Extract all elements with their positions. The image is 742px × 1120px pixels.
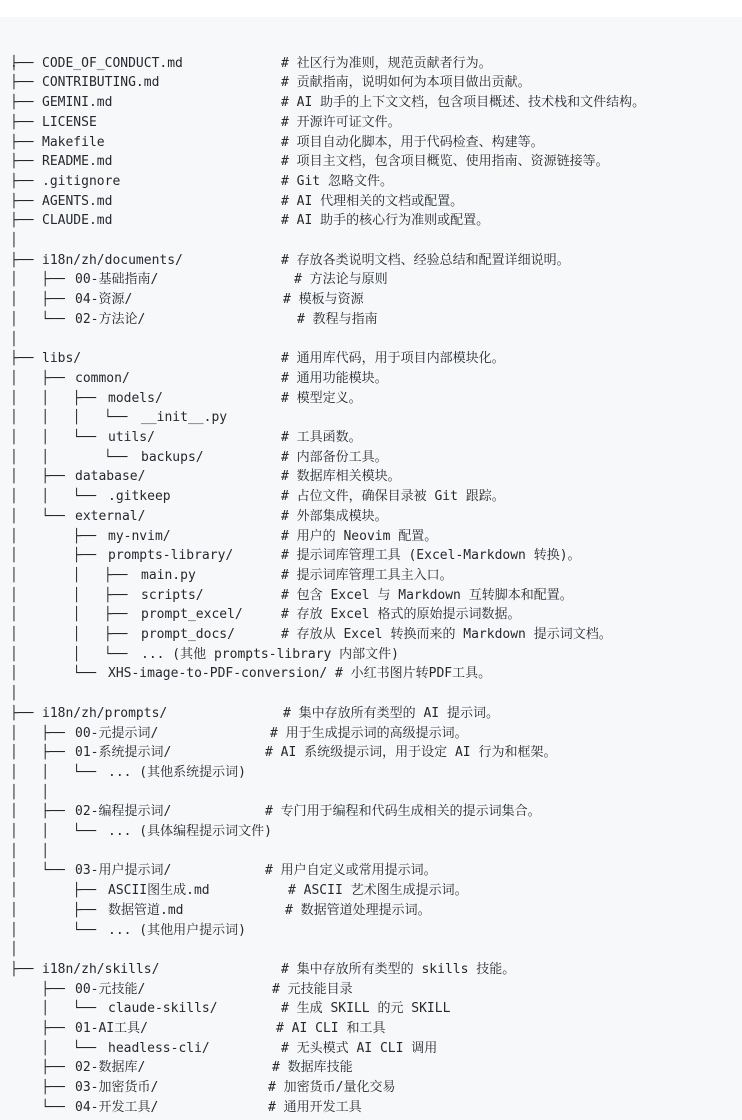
tree-branch-glyph: │ ├──: [10, 290, 65, 310]
tree-entry-name: libs/: [42, 349, 81, 369]
tree-entry-comment: # AI 助手的上下文文档，包含项目概述、技术栈和文件结构。: [281, 93, 645, 113]
tree-branch-glyph: │ │ └──: [10, 487, 96, 507]
tree-entry-comment: # AI 系统级提示词，用于设定 AI 行为和框架。: [265, 743, 556, 763]
tree-entry-comment: # 通用功能模块。: [281, 369, 388, 389]
tree-entry-name: CODE_OF_CONDUCT.md: [42, 54, 183, 74]
tree-entry-name: __init__.py: [141, 408, 227, 428]
tree-entry-name: 00-元提示词/: [75, 724, 158, 744]
tree-entry-name: Makefile: [42, 133, 105, 153]
tree-entry-comment: # 用户的 Neovim 配置。: [281, 527, 437, 547]
tree-entry-name: 00-元技能/: [75, 980, 145, 1000]
tree-entry-comment: # 加密货币/量化交易: [268, 1078, 395, 1098]
tree-entry-name: main.py: [141, 566, 196, 586]
tree-entry-name: my-nvim/: [108, 527, 171, 547]
tree-entry-name: README.md: [42, 152, 112, 172]
tree-entry-comment: # ASCII 艺术图生成提示词。: [288, 881, 468, 901]
tree-entry-comment: # 包含 Excel 与 Markdown 互转脚本和配置。: [281, 586, 573, 606]
tree-entry-name: 04-资源/: [75, 290, 132, 310]
tree-branch-glyph: ├──: [10, 251, 33, 271]
tree-branch-glyph: ├──: [10, 113, 33, 133]
tree-entry-comment: # 工具函数。: [281, 428, 362, 448]
tree-branch-glyph: ├──: [10, 349, 33, 369]
tree-entry-comment: # 数据库相关模块。: [281, 467, 401, 487]
tree-entry-comment: # 无头模式 AI CLI 调用: [281, 1039, 437, 1059]
tree-entry-comment: # 教程与指南: [297, 310, 378, 330]
tree-entry-comment: # 项目主文档，包含项目概览、使用指南、资源链接等。: [281, 152, 609, 172]
tree-entry-name: ASCII图生成.md: [108, 881, 210, 901]
tree-entry-name: i18n/zh/documents/: [42, 251, 183, 271]
tree-entry-name: backups/: [141, 448, 204, 468]
tree-branch-glyph: ├──: [10, 192, 33, 212]
file-tree-code-block: . ├──CODE_OF_CONDUCT.md# 社区行为准则，规范贡献者行为。…: [0, 17, 742, 1120]
tree-entry-name: i18n/zh/prompts/: [42, 704, 167, 724]
tree-branch-glyph: │: [10, 940, 18, 960]
tree-entry-name: 01-系统提示词/: [75, 743, 171, 763]
tree-entry-name: GEMINI.md: [42, 93, 112, 113]
tree-branch-glyph: ├──: [10, 1078, 65, 1098]
tree-entry-name: ... (其他用户提示词): [108, 921, 246, 941]
tree-branch-glyph: ├──: [10, 172, 33, 192]
tree-root: .: [0, 34, 31, 54]
tree-entry-name: 01-AI工具/: [75, 1019, 148, 1039]
tree-branch-glyph: │ └──: [10, 310, 65, 330]
tree-entry-comment: # 贡献指南，说明如何为本项目做出贡献。: [281, 73, 531, 93]
tree-entry-name: 04-开发工具/: [75, 1098, 158, 1118]
tree-entry-name: utils/: [108, 428, 155, 448]
tree-entry-name: .gitkeep: [108, 487, 171, 507]
tree-entry-comment: # 元技能目录: [272, 980, 353, 1000]
tree-branch-glyph: │ └──: [10, 921, 96, 941]
tree-entry-comment: # 提示词库管理工具 (Excel-Markdown 转换)。: [281, 546, 581, 566]
tree-branch-glyph: ├──: [10, 960, 33, 980]
tree-branch-glyph: ├──: [10, 980, 65, 1000]
tree-branch-glyph: │: [10, 684, 18, 704]
tree-branch-glyph: │ ├──: [10, 802, 65, 822]
tree-entry-name: claude-skills/: [108, 999, 218, 1019]
tree-branch-glyph: │ ├──: [10, 527, 96, 547]
tree-entry-name: scripts/: [141, 586, 204, 606]
tree-branch-glyph: │ ├──: [10, 743, 65, 763]
tree-entry-comment: # AI 代理相关的文档或配置。: [281, 192, 463, 212]
tree-branch-glyph: │ ├──: [10, 901, 96, 921]
tree-branch-glyph: │ └──: [10, 507, 65, 527]
tree-branch-glyph: │ │ └──: [10, 763, 96, 783]
tree-entry-name: 数据管道.md: [108, 901, 183, 921]
tree-branch-glyph: └──: [10, 1098, 65, 1118]
tree-entry-comment: # AI CLI 和工具: [276, 1019, 385, 1039]
tree-entry-comment: # 用户自定义或常用提示词。: [265, 861, 437, 881]
tree-branch-glyph: │ │ ├──: [10, 605, 127, 625]
tree-entry-name: XHS-image-to-PDF-conversion/ # 小红书图片转PDF…: [108, 664, 491, 684]
tree-entry-name: external/: [75, 507, 145, 527]
tree-branch-glyph: ├──: [10, 704, 33, 724]
tree-entry-comment: # 模型定义。: [281, 389, 362, 409]
tree-branch-glyph: │ │ ├──: [10, 566, 127, 586]
tree-entry-name: ... (具体编程提示词文件): [108, 822, 272, 842]
tree-branch-glyph: ├──: [10, 93, 33, 113]
tree-branch-glyph: │ │ └──: [10, 428, 96, 448]
tree-entry-comment: # 社区行为准则，规范贡献者行为。: [281, 54, 492, 74]
tree-branch-glyph: ├──: [10, 152, 33, 172]
tree-branch-glyph: ├──: [10, 73, 33, 93]
tree-entry-comment: # 项目自动化脚本，用于代码检查、构建等。: [281, 133, 544, 153]
tree-entry-name: headless-cli/: [108, 1039, 210, 1059]
tree-branch-glyph: │ └──: [10, 1039, 96, 1059]
tree-entry-comment: # 生成 SKILL 的元 SKILL: [281, 999, 450, 1019]
tree-entry-comment: # 占位文件，确保目录被 Git 跟踪。: [281, 487, 505, 507]
tree-branch-glyph: ├──: [10, 1019, 65, 1039]
tree-branch-glyph: │ │ │ └──: [10, 408, 127, 428]
tree-branch-glyph: │ │: [10, 783, 49, 803]
tree-branch-glyph: │ ├──: [10, 546, 96, 566]
tree-branch-glyph: │ │ └──: [10, 645, 127, 665]
tree-branch-glyph: │ │: [10, 842, 49, 862]
tree-entry-comment: # 专门用于编程和代码生成相关的提示词集合。: [265, 802, 541, 822]
tree-entry-name: CLAUDE.md: [42, 211, 112, 231]
tree-entry-name: ... (其他系统提示词): [108, 763, 246, 783]
tree-entry-name: 02-编程提示词/: [75, 802, 171, 822]
tree-branch-glyph: │ └──: [10, 999, 96, 1019]
tree-entry-name: 02-方法论/: [75, 310, 145, 330]
tree-entry-name: common/: [75, 369, 130, 389]
tree-branch-glyph: │ ├──: [10, 369, 65, 389]
tree-entry-name: LICENSE: [42, 113, 97, 133]
tree-branch-glyph: │ ├──: [10, 270, 65, 290]
tree-branch-glyph: │ │ └──: [10, 448, 127, 468]
tree-entry-name: 02-数据库/: [75, 1058, 145, 1078]
tree-entry-comment: # 集中存放所有类型的 skills 技能。: [281, 960, 515, 980]
tree-entry-comment: # 用于生成提示词的高级提示词。: [270, 724, 468, 744]
tree-entry-comment: # AI 助手的核心行为准则或配置。: [281, 211, 489, 231]
tree-branch-glyph: │ │ └──: [10, 822, 96, 842]
tree-entry-name: i18n/zh/skills/: [42, 960, 159, 980]
tree-branch-glyph: ├──: [10, 54, 33, 74]
tree-branch-glyph: │ │ ├──: [10, 389, 96, 409]
tree-entry-comment: # 模板与资源: [283, 290, 364, 310]
tree-entry-comment: # 通用开发工具: [268, 1098, 362, 1118]
tree-entry-comment: # 提示词库管理工具主入口。: [281, 566, 453, 586]
tree-branch-glyph: │: [10, 231, 18, 251]
tree-branch-glyph: ├──: [10, 211, 33, 231]
tree-entry-name: .gitignore: [42, 172, 120, 192]
tree-entry-name: 00-基础指南/: [75, 270, 158, 290]
tree-entry-comment: # 存放从 Excel 转换而来的 Markdown 提示词文档。: [281, 625, 612, 645]
tree-branch-glyph: │ ├──: [10, 724, 65, 744]
tree-entry-name: 03-加密货币/: [75, 1078, 158, 1098]
tree-branch-glyph: │ └──: [10, 861, 65, 881]
tree-branch-glyph: │ │ ├──: [10, 586, 127, 606]
tree-branch-glyph: │ ├──: [10, 467, 65, 487]
tree-entry-comment: # 内部备份工具。: [281, 448, 388, 468]
tree-entry-name: database/: [75, 467, 145, 487]
tree-branch-glyph: │: [10, 330, 18, 350]
tree-branch-glyph: ├──: [10, 133, 33, 153]
tree-branch-glyph: │ │ ├──: [10, 625, 127, 645]
tree-entry-comment: # 通用库代码，用于项目内部模块化。: [281, 349, 505, 369]
tree-branch-glyph: ├──: [10, 1058, 65, 1078]
tree-entry-name: prompts-library/: [108, 546, 233, 566]
tree-entry-name: ... (其他 prompts-library 内部文件): [141, 645, 399, 665]
tree-branch-glyph: │ ├──: [10, 881, 96, 901]
tree-entry-comment: # 集中存放所有类型的 AI 提示词。: [283, 704, 499, 724]
tree-entry-comment: # 数据库技能: [272, 1058, 353, 1078]
tree-entry-name: prompt_excel/: [141, 605, 243, 625]
tree-entry-name: AGENTS.md: [42, 192, 112, 212]
tree-entry-comment: # 数据管道处理提示词。: [285, 901, 431, 921]
tree-branch-glyph: │ └──: [10, 664, 96, 684]
tree-entry-name: 03-用户提示词/: [75, 861, 171, 881]
tree-entry-comment: # 方法论与原则: [294, 270, 388, 290]
tree-entry-comment: # 开源许可证文件。: [281, 113, 401, 133]
tree-entry-comment: # 存放 Excel 格式的原始提示词数据。: [281, 605, 520, 625]
tree-entry-comment: # 外部集成模块。: [281, 507, 388, 527]
tree-entry-name: CONTRIBUTING.md: [42, 73, 159, 93]
tree-entry-comment: # Git 忽略文件。: [281, 172, 393, 192]
tree-entry-name: models/: [108, 389, 163, 409]
tree-entry-name: prompt_docs/: [141, 625, 235, 645]
tree-entry-comment: # 存放各类说明文档、经验总结和配置详细说明。: [281, 251, 570, 271]
